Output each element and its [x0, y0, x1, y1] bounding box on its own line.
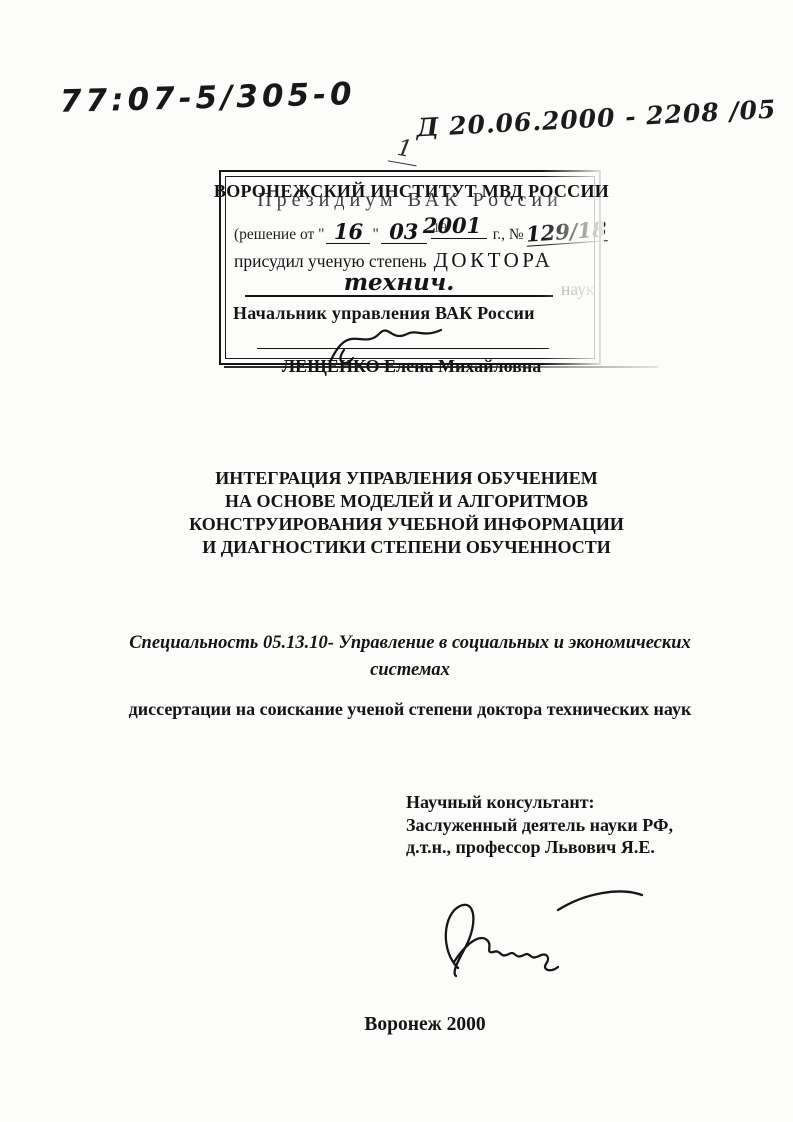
decision-day-handwritten: 16: [326, 221, 370, 244]
title-line: НА ОСНОВЕ МОДЕЛЕЙ И АЛГОРИТМОВ: [20, 490, 793, 513]
shelf-mark-handwritten: 77:07-5/305-0: [60, 76, 356, 120]
consultant-label: Научный консультант:: [406, 791, 673, 814]
title-line: И ДИАГНОСТИКИ СТЕПЕНИ ОБУЧЕННОСТИ: [20, 536, 793, 559]
title-line: КОНСТРУИРОВАНИЯ УЧЕБНОЙ ИНФОРМАЦИИ: [20, 513, 793, 536]
city-year: Воронеж 2000: [55, 1014, 793, 1036]
author-signature: [420, 880, 650, 980]
decision-quote: ": [372, 226, 378, 243]
field-handwritten: технич.: [344, 269, 455, 296]
dissertation-title: ИНТЕГРАЦИЯ УПРАВЛЕНИЯ ОБУЧЕНИЕМ НА ОСНОВ…: [20, 467, 793, 559]
decision-prefix: (решение от ": [234, 226, 324, 243]
stamp-field-blank: технич.: [245, 268, 553, 297]
specialty-line: Специальность 05.13.10- Управление в соц…: [25, 630, 793, 657]
registration-mark-handwritten: Д 20.06.2000 - 2208 /05: [415, 95, 777, 143]
specialty-block: Специальность 05.13.10- Управление в соц…: [25, 630, 793, 684]
consultant-line: Заслуженный деятель науки РФ,: [406, 814, 673, 837]
institute-name: ВОРОНЕЖСКИЙ ИНСТИТУТ МВД РОССИИ: [30, 181, 793, 202]
consultant-line: д.т.н., профессор Львович Я.Е.: [406, 836, 673, 859]
specialty-line: системах: [25, 657, 793, 684]
decision-year-blank: 192001: [431, 219, 487, 239]
decision-year-handwritten: 2001: [423, 215, 481, 236]
stamp-strike-line: [224, 366, 658, 368]
thesis-type-line: диссертации на соискание ученой степени …: [25, 699, 793, 720]
decision-middle: г., №: [489, 226, 524, 243]
title-line: ИНТЕГРАЦИЯ УПРАВЛЕНИЯ ОБУЧЕНИЕМ: [20, 467, 793, 490]
sheet-number-mark: 1: [388, 134, 421, 167]
decision-month-handwritten: 03: [381, 221, 427, 244]
consultant-block: Научный консультант: Заслуженный деятель…: [406, 791, 673, 859]
scanned-title-page: 77:07-5/305-0 Д 20.06.2000 - 2208 /05 1 …: [0, 0, 793, 1122]
